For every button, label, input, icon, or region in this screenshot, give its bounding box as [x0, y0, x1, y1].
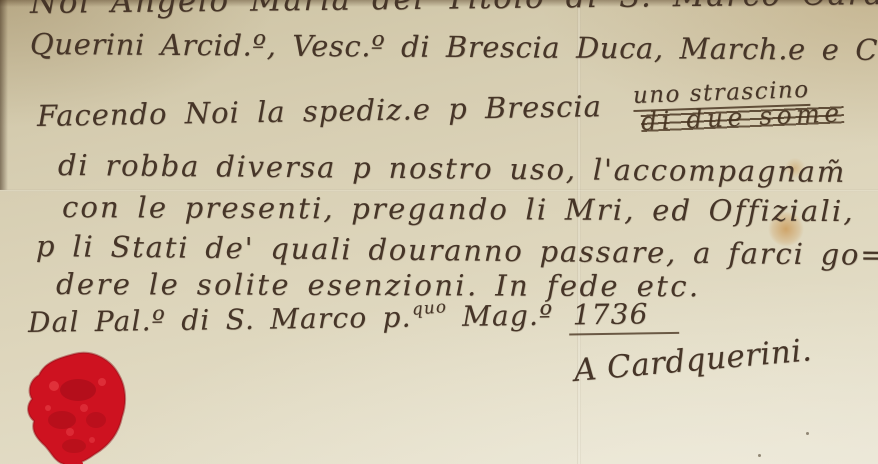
manuscript-photo: Noi Angelo Maria del Titolo di S. Marco … — [0, 0, 878, 464]
wax-seal — [14, 348, 140, 464]
paper-speck — [806, 432, 809, 435]
handwriting-line-body-4: p li Stati de' quali douranno passare, a… — [36, 229, 878, 272]
fold-crease-vertical — [577, 0, 581, 464]
handwriting-line-body-1: Facendo Noi la spediz.e p Brescia — [37, 89, 603, 133]
handwriting-line-salutation: Noi Angelo Maria del Titolo di S. Marco … — [30, 0, 878, 21]
date-month: Mag.º — [447, 298, 569, 333]
handwriting-line-body-3: con le presenti, pregando li Mri, ed Off… — [62, 190, 855, 228]
signature: A Cardquerini. — [572, 332, 813, 389]
handwriting-line-body-2: di robba diversa p nostro uso, l'accompa… — [58, 148, 846, 189]
date-year: 1736 — [568, 297, 679, 336]
paper-edge-shadow-left — [0, 0, 8, 190]
paper-speck — [758, 454, 761, 457]
handwriting-line-titles: Querini Arcid.º, Vesc.º di Brescia Duca,… — [30, 27, 878, 67]
date-superscript: quo — [411, 296, 448, 319]
date-place: Dal Pal.º di S. Marco p. — [28, 301, 412, 339]
date-line: Dal Pal.º di S. Marco p.quo Mag.º 1736 — [28, 297, 679, 339]
